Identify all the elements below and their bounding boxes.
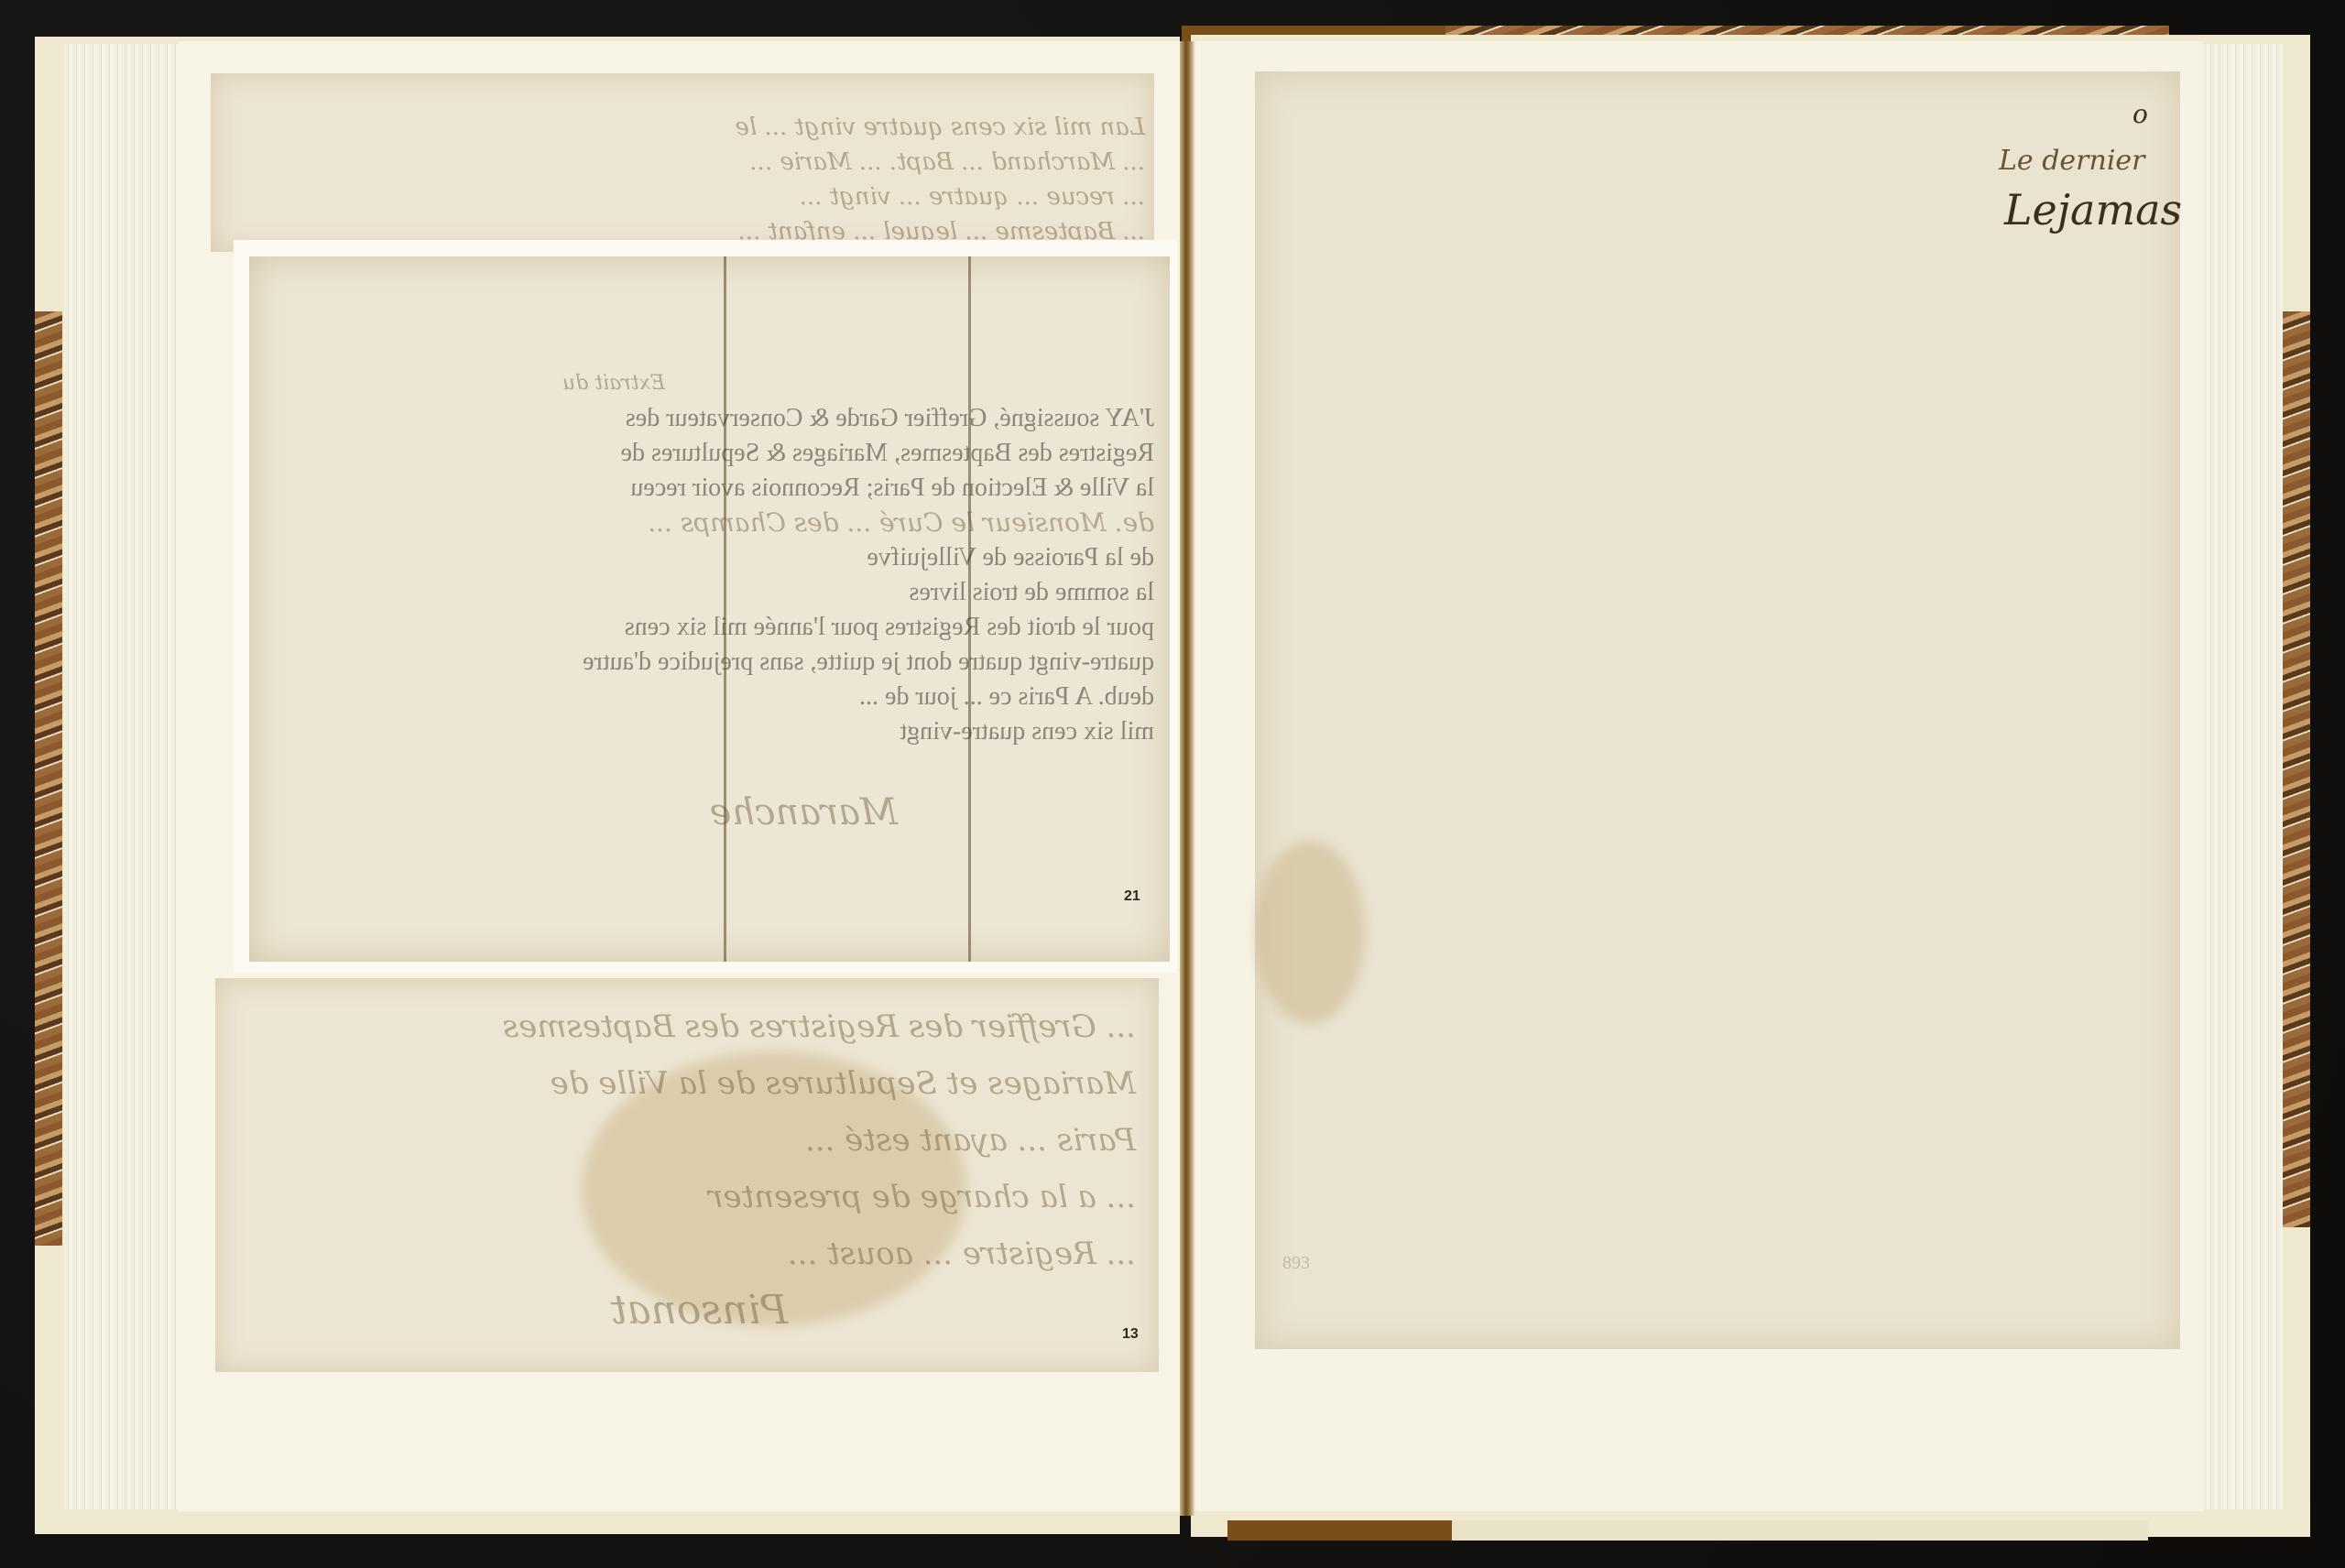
faint-pencil-mark: 893 — [1282, 1253, 1310, 1274]
marbled-edge-left — [35, 311, 62, 1246]
handwritten-line: Mariages et Sepultures de la Ville de — [238, 1055, 1136, 1112]
folio-number: 21 — [1124, 888, 1140, 905]
handwritten-line: ... Marchand ... Bapt. ... Marie ... — [229, 145, 1145, 180]
receipt-signature: Maranche — [403, 795, 1154, 830]
printed-line: la somme de trois livres — [403, 575, 1154, 610]
printed-line: pour le droit des Registres pour l'année… — [403, 610, 1154, 645]
handwritten-line: ... a la charge de presenter — [238, 1169, 1136, 1225]
water-stain — [1255, 841, 1365, 1024]
right-document-sheet: o Le dernier Lejamas 893 — [1255, 71, 2180, 1349]
top-fragment-text: Lan mil six cens quatre vingt ... le ...… — [229, 110, 1145, 249]
printed-line: J'AY soussigné, Greffier Garde & Conserv… — [403, 401, 1154, 436]
bottom-signature: Pinsonat — [238, 1282, 1136, 1339]
handwritten-line: Lan mil six cens quatre vingt ... le — [229, 110, 1145, 145]
bottom-fragment-text: ... Greffier des Registres des Baptesmes… — [238, 998, 1136, 1339]
printed-line: deub. A Paris ce ... jour de ... — [403, 680, 1154, 714]
board-bottom-edge — [1452, 1520, 2148, 1541]
page-stack-left — [64, 44, 181, 1509]
marbled-edge-right — [2281, 311, 2310, 1227]
spine-bottom-leather — [1227, 1520, 1452, 1541]
printed-line: de la Paroisse de Villejuifve — [403, 540, 1154, 575]
page-stack-right — [2198, 44, 2283, 1509]
handwritten-line: ... Greffier des Registres des Baptesmes — [238, 998, 1136, 1055]
annotation-signature: Lejamas — [2004, 185, 2182, 234]
receipt-printed-text: Extrait du J'AY soussigné, Greffier Gard… — [403, 366, 1154, 830]
receipt-heading: Extrait du — [403, 366, 1154, 401]
book-gutter — [1180, 41, 1194, 1516]
printed-line: la Ville & Election de Paris; Reconnois … — [403, 471, 1154, 506]
handwritten-line: ... recue ... quatre ... vingt ... — [229, 180, 1145, 214]
printed-line: quatre-vingt quatre dont je quitte, sans… — [403, 645, 1154, 680]
printed-line: mil six cens quatre-vingt — [403, 714, 1154, 749]
handwritten-line: ... Registre ... aoust ... — [238, 1225, 1136, 1282]
handwritten-line: Paris ... ayant esté ... — [238, 1112, 1136, 1169]
annotation-line1: Le dernier — [1999, 145, 2145, 177]
printed-line: de. Monsieur le Curé ... des Champs ... — [403, 506, 1154, 540]
printed-line: Registres des Baptesmes, Mariages & Sepu… — [403, 436, 1154, 471]
annotation-mark: o — [2132, 99, 2148, 129]
